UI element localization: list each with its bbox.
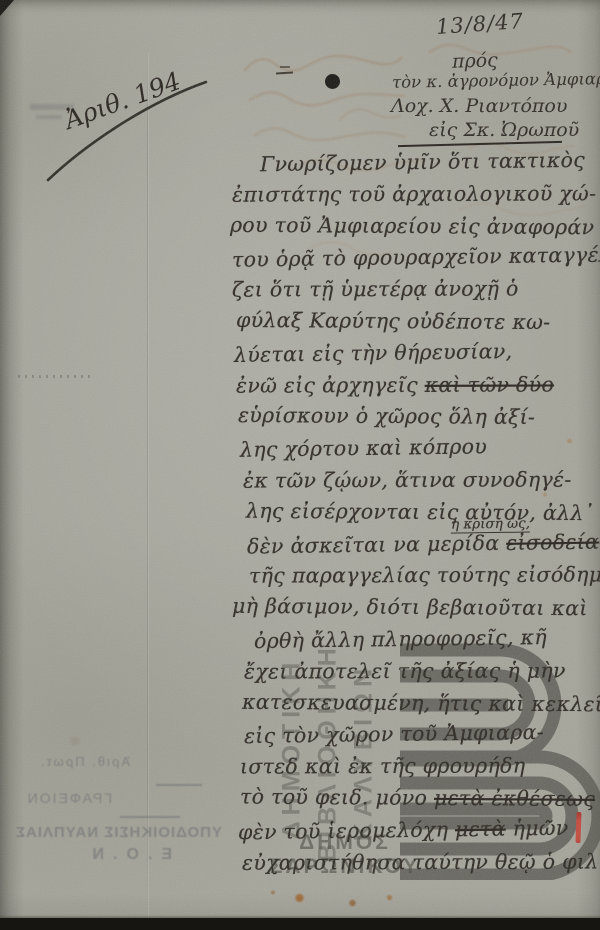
- scanned-document-page: ΔΗΜΟΤΙΚΗ ΒΙΒΛΙΟΘΗΚΗ ΚΑΛΥΒΙΩΝ ΔΗΜΟΣ ΣΑΡΩΝ…: [0, 0, 600, 930]
- manuscript-line-text: ἐνῶ εἰς ἀρχηγεῖς: [236, 372, 425, 397]
- manuscript-line-text: εὑρίσκουν ὁ χῶρος ὅλη ἀξί-: [238, 403, 535, 429]
- manuscript-line-text: λύεται εἰς τὴν θήρευσίαν,: [234, 339, 513, 367]
- manuscript-line-text: φὲν τοῦ ἱερομελόχη: [238, 817, 455, 844]
- manuscript-line: δὲν ἀσκεῖται να μερίδα εἰσοδείαἡ κρίση ὡ…: [247, 529, 600, 558]
- manuscript-line: ζει ὅτι τῇ ὑμετέρᾳ ἀνοχῇ ὁ: [232, 277, 519, 302]
- rust-stain: [566, 438, 573, 444]
- rust-stain: [386, 894, 393, 901]
- manuscript-line: φύλαξ Καρύτης οὐδέποτε κω-: [236, 308, 551, 334]
- struck-through-text: καὶ τῶν δύο: [425, 372, 554, 396]
- manuscript-line-text: κατεσκευασμένη, ἥτις καὶ κεκλεῖ: [242, 689, 600, 716]
- manuscript-line-text: δὲν ἀσκεῖται να μερίδα: [247, 530, 507, 558]
- rust-stain: [348, 899, 357, 907]
- manuscript-line: ιστεδ καὶ ἐκ τῆς φρουρήδη: [240, 754, 525, 779]
- struck-through-text: εἰσοδεία: [506, 529, 599, 554]
- manuscript-line: ἐκ τῶν ζῴων, ἅτινα συνοδηγέ-: [243, 467, 572, 492]
- manuscript-line-text: φύλαξ Καρύτης οὐδέποτε κω-: [236, 308, 551, 334]
- body-lines: Γνωρίζομεν ὑμῖν ὅτι τακτικὸςἐπιστάτης το…: [0, 0, 600, 930]
- manuscript-line-text: τὸ τοῦ φειδ. μόνο: [240, 784, 434, 809]
- manuscript-line: ἐπιστάτης τοῦ ἀρχαιολογικοῦ χώ-: [232, 181, 596, 206]
- manuscript-line-text: του ὁρᾷ τὸ φρουραρχεῖον καταγγέλ-: [232, 243, 600, 272]
- manuscript-line-text: ρου τοῦ Ἀμφιαρείου εἰς ἀναφοράν: [230, 212, 595, 239]
- manuscript-line: λης εἰσέρχονται εἰς αὐτόν, ἀλλ᾿ ἐξ: [246, 498, 600, 525]
- manuscript-line-text: ἡμῶν: [506, 815, 569, 840]
- struck-through-text: μετὰ ἐκθέσεως: [434, 786, 595, 811]
- manuscript-line-text: ζει ὅτι τῇ ὑμετέρᾳ ἀνοχῇ ὁ: [232, 277, 519, 302]
- manuscript-line-text: εἰς τὸν χῶρον τοῦ Ἀμφιαρα-: [244, 720, 544, 748]
- manuscript-line-text: ὀρθὴ ἄλλη πληροφορεῖς, κῆ: [254, 625, 547, 653]
- manuscript-line-text: λης εἰσέρχονται εἰς αὐτόν, ἀλλ᾿ ἐξ: [246, 498, 600, 525]
- manuscript-line: εἰς τὸν χῶρον τοῦ Ἀμφιαρα-: [244, 720, 544, 748]
- manuscript-line-text: ἐπιστάτης τοῦ ἀρχαιολογικοῦ χώ-: [232, 181, 596, 206]
- interlinear-insertion-text: ἡ κρίση ὡς,: [451, 515, 530, 533]
- manuscript-line: λης χόρτου καὶ κόπρου: [240, 434, 487, 461]
- manuscript-line: φὲν τοῦ ἱερομελόχη μετὰ ἡμῶν: [238, 815, 569, 844]
- scan-background-band: [0, 918, 600, 930]
- manuscript-line: ἔχει ἀποτελεῖ τῆς ἀξίας ἡ μὴν: [244, 658, 566, 683]
- manuscript-line: εὑρίσκουν ὁ χῶρος ὅλη ἀξί-: [238, 403, 535, 429]
- manuscript-line: μὴ βάσιμον, διότι βεβαιοῦται καὶ: [232, 594, 588, 620]
- manuscript-line-text: εὐχαριστήθησα ταύτην θεῷ ὁ φιλήρμων: [242, 849, 600, 874]
- manuscript-line-text: ἐκ τῶν ζῴων, ἅτινα συνοδηγέ-: [243, 467, 572, 492]
- manuscript-line: κατεσκευασμένη, ἥτις καὶ κεκλεῖ: [242, 689, 600, 716]
- manuscript-line: εὐχαριστήθησα ταύτην θεῷ ὁ φιλήρμων: [242, 849, 600, 874]
- manuscript-line: ἐνῶ εἰς ἀρχηγεῖς καὶ τῶν δύο: [236, 372, 554, 397]
- manuscript-line: του ὁρᾷ τὸ φρουραρχεῖον καταγγέλ-: [232, 243, 600, 272]
- manuscript-line: ρου τοῦ Ἀμφιαρείου εἰς ἀναφοράν: [230, 212, 595, 239]
- rust-stain: [270, 890, 276, 895]
- rust-stain: [294, 893, 305, 903]
- manuscript-line-text: Ἔγγρα-: [595, 787, 600, 812]
- paper-smudge: [68, 736, 82, 746]
- manuscript-line: τῆς παραγγελίας τούτης εἰσόδημα: [249, 563, 600, 588]
- manuscript-line-text: μὴ βάσιμον, διότι βεβαιοῦται καὶ: [232, 594, 588, 620]
- manuscript-line: τὸ τοῦ φειδ. μόνο μετὰ ἐκθέσεως Ἔγγρα-: [240, 784, 600, 811]
- manuscript-line: λύεται εἰς τὴν θήρευσίαν,: [234, 339, 513, 367]
- manuscript-line: ὀρθὴ ἄλλη πληροφορεῖς, κῆ: [254, 625, 547, 653]
- struck-through-text: μετὰ: [455, 816, 506, 841]
- manuscript-line-text: ἔχει ἀποτελεῖ τῆς ἀξίας ἡ μὴν: [244, 658, 566, 683]
- manuscript-line: Γνωρίζομεν ὑμῖν ὅτι τακτικὸς: [260, 148, 585, 177]
- rust-stain: [542, 492, 548, 497]
- manuscript-line-text: Γνωρίζομεν ὑμῖν ὅτι τακτικὸς: [260, 148, 585, 177]
- manuscript-line-text: τῆς παραγγελίας τούτης εἰσόδημα: [249, 563, 600, 588]
- manuscript-line-text: ιστεδ καὶ ἐκ τῆς φρουρήδη: [240, 754, 525, 779]
- manuscript-line-text: λης χόρτου καὶ κόπρου: [240, 434, 487, 461]
